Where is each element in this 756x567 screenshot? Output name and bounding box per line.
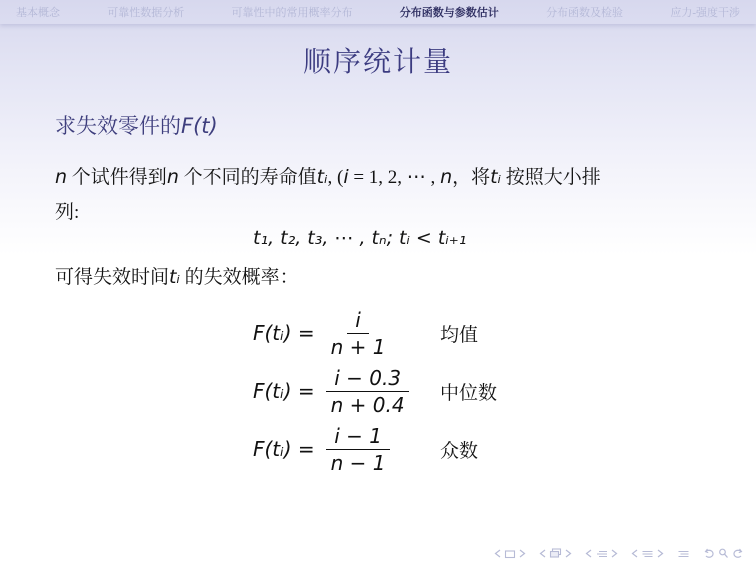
- slide: 基本概念 可靠性数据分析 可靠性中的常用概率分布 分布函数与参数估计 分布函数及…: [0, 0, 756, 567]
- section-nav: 基本概念 可靠性数据分析 可靠性中的常用概率分布 分布函数与参数估计 分布函数及…: [0, 0, 756, 24]
- frame-nav-group: [494, 549, 526, 559]
- text-run: = 1, 2, ⋯ ,: [349, 167, 440, 188]
- forward-icon[interactable]: [732, 548, 744, 559]
- section-nav-item-distribution-and-parameter-estimation[interactable]: 分布函数与参数估计: [400, 4, 499, 20]
- history-search-group: [703, 548, 744, 559]
- math-var: tᵢ: [317, 166, 328, 188]
- paragraph-line-2: 列:: [55, 197, 79, 224]
- page-title: 顺序统计量: [0, 40, 756, 80]
- overlay-nav-group: [539, 548, 572, 559]
- next-slide-icon[interactable]: [519, 549, 526, 558]
- next-subsection-icon[interactable]: [611, 549, 618, 558]
- paragraph-line-1: n 个试件得到n 个不同的寿命值tᵢ, (i = 1, 2, ⋯ , n，将tᵢ…: [55, 162, 715, 189]
- fraction-denominator: n − 1: [323, 450, 394, 474]
- next-section-icon[interactable]: [657, 549, 664, 558]
- text-run: ，将: [452, 167, 490, 188]
- formula-label-mode: 众数: [440, 436, 478, 463]
- fraction-numerator: i − 0.3: [326, 367, 409, 392]
- formula-math: F(tᵢ) = i n + 1: [253, 309, 440, 358]
- text-run: 个不同的寿命值: [179, 167, 317, 188]
- frame-icon[interactable]: [504, 549, 516, 559]
- fraction: i − 1 n − 1: [323, 425, 394, 474]
- prev-subsection-icon[interactable]: [585, 549, 592, 558]
- item-heading-math: F(t): [181, 114, 218, 138]
- item-heading: 求失效零件的F(t): [55, 110, 218, 140]
- section-nav-item-distribution-and-tests[interactable]: 分布函数及检验: [546, 4, 623, 20]
- formula-row-mean: F(tᵢ) = i n + 1 均值: [253, 306, 497, 360]
- fraction-numerator: i: [347, 309, 369, 334]
- appendix-lines-icon[interactable]: [677, 549, 690, 559]
- fraction: i − 0.3 n + 0.4: [323, 367, 413, 416]
- prev-section-icon[interactable]: [631, 549, 638, 558]
- section-nav-item-common-probability-distributions[interactable]: 可靠性中的常用概率分布: [232, 4, 353, 20]
- back-icon[interactable]: [703, 548, 715, 559]
- appendix-group: [677, 549, 690, 559]
- sequence-math: t₁, t₂, t₃, ⋯ , tₙ; tᵢ < tᵢ₊₁: [253, 227, 466, 249]
- beamer-nav: [494, 548, 744, 559]
- formula-lhs: F(tᵢ) =: [253, 379, 315, 403]
- section-nav-item-basic-concepts[interactable]: 基本概念: [16, 4, 60, 20]
- fraction-denominator: n + 0.4: [323, 392, 413, 416]
- prev-overlay-icon[interactable]: [539, 549, 546, 558]
- section-nav-item-reliability-data-analysis[interactable]: 可靠性数据分析: [107, 4, 184, 20]
- text-run: 可得失效时间: [55, 267, 169, 288]
- formula-lhs: F(tᵢ) =: [253, 321, 315, 345]
- next-overlay-icon[interactable]: [565, 549, 572, 558]
- fraction-denominator: n + 1: [323, 334, 394, 358]
- formula-row-mode: F(tᵢ) = i − 1 n − 1 众数: [253, 422, 497, 476]
- formula-math: F(tᵢ) = i − 1 n − 1: [253, 425, 440, 474]
- math-var: n: [440, 166, 452, 188]
- section-nav-group: [631, 549, 664, 559]
- fraction: i n + 1: [323, 309, 394, 358]
- math-var: tᵢ: [490, 166, 501, 188]
- subsection-lines-icon[interactable]: [595, 549, 608, 559]
- formula-row-median: F(tᵢ) = i − 0.3 n + 0.4 中位数: [253, 364, 497, 418]
- text-run: 个试件得到: [67, 167, 167, 188]
- formula-lhs: F(tᵢ) =: [253, 437, 315, 461]
- fraction-numerator: i − 1: [326, 425, 390, 450]
- section-nav-item-stress-strength-interference[interactable]: 应力-强度干涉: [670, 4, 740, 20]
- text-run: , (: [327, 167, 343, 188]
- find-icon[interactable]: [718, 548, 729, 559]
- formula-label-mean: 均值: [440, 320, 478, 347]
- overlay-frames-icon[interactable]: [549, 548, 562, 559]
- text-run: 按照大小排: [501, 167, 601, 188]
- paragraph-line-3: 可得失效时间tᵢ 的失效概率：: [55, 262, 299, 289]
- math-var: n: [55, 166, 67, 188]
- subsection-nav-group: [585, 549, 618, 559]
- math-var: tᵢ: [169, 266, 180, 288]
- item-heading-text: 求失效零件的: [55, 114, 181, 138]
- section-lines-icon[interactable]: [641, 549, 654, 559]
- text-run: 的失效概率：: [180, 267, 299, 288]
- formula-math: F(tᵢ) = i − 0.3 n + 0.4: [253, 367, 440, 416]
- formula-label-median: 中位数: [440, 378, 497, 405]
- formula-list: F(tᵢ) = i n + 1 均值 F(tᵢ) = i − 0.3 n + 0…: [253, 306, 497, 476]
- prev-slide-icon[interactable]: [494, 549, 501, 558]
- math-var: n: [167, 166, 179, 188]
